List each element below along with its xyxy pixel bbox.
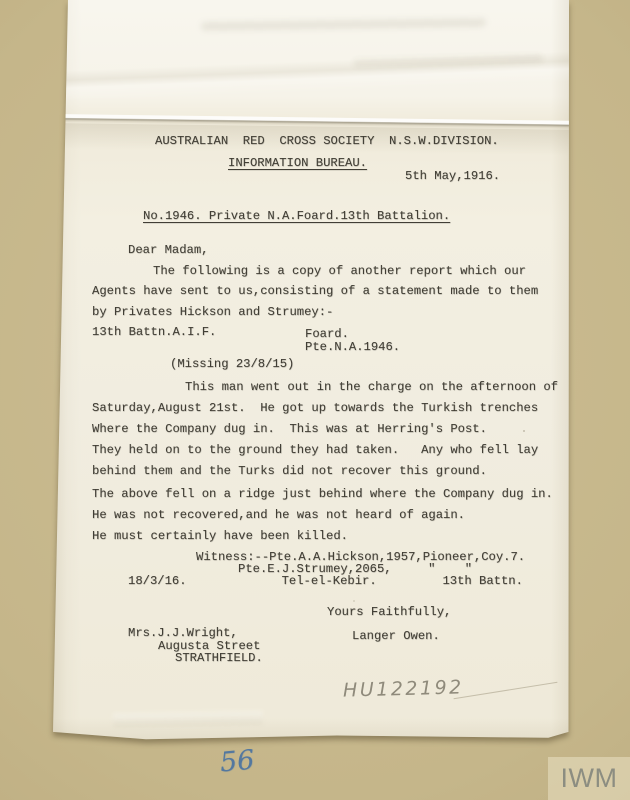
statement-line: Where the Company dug in. This was at He… <box>92 422 487 436</box>
handwritten-archive-reference: HU122192 <box>343 676 464 701</box>
letter-page: AUSTRALIAN RED CROSS SOCIETY N.S.W.DIVIS… <box>53 0 569 740</box>
iwm-watermark-text: IWM <box>561 763 618 794</box>
statement-line: He must certainly have been killed. <box>92 529 348 543</box>
intro-line: by Privates Hickson and Strumey:- <box>92 305 333 319</box>
paper-sheet: AUSTRALIAN RED CROSS SOCIETY N.S.W.DIVIS… <box>53 0 569 740</box>
intro-line: The following is a copy of another repor… <box>153 264 526 278</box>
statement-line: He was not recovered,and he was not hear… <box>92 508 465 522</box>
recipient-city: STRATHFIELD. <box>175 651 263 665</box>
dust-speck <box>523 430 525 432</box>
witness-line: 18/3/16. Tel-el-Kebir. 13th Battn. <box>128 574 523 588</box>
corner-crease <box>454 682 558 699</box>
iwm-watermark-box: IWM <box>548 757 630 800</box>
closing: Yours Faithfully, <box>327 605 451 619</box>
bureau-line: INFORMATION BUREAU. <box>228 156 367 170</box>
bottom-crease <box>113 711 263 728</box>
dust-speck <box>353 600 355 602</box>
letter-date: 5th May,1916. <box>405 169 500 183</box>
scanned-document-photo: { "document": { "org_line": "AUSTRALIAN … <box>0 0 630 800</box>
statement-line: This man went out in the charge on the a… <box>185 380 558 394</box>
salutation: Dear Madam, <box>128 243 208 257</box>
statement-line: They held on to the ground they had take… <box>92 443 538 457</box>
statement-line: The above fell on a ridge just behind wh… <box>92 487 553 501</box>
missing-note: (Missing 23/8/15) <box>170 357 294 371</box>
soldier-reference: Pte.N.A.1946. <box>305 340 400 354</box>
signature: Langer Owen. <box>352 629 440 643</box>
intro-line: Agents have sent to us,consisting of a s… <box>92 284 538 298</box>
ghost-ink-offset <box>201 18 486 31</box>
recipient-name: Mrs.J.J.Wright, <box>128 626 238 640</box>
statement-line: Saturday,August 21st. He got up towards … <box>92 401 538 415</box>
unit-reference: 13th Battn.A.I.F. <box>92 325 216 339</box>
case-heading: No.1946. Private N.A.Foard.13th Battalio… <box>143 209 450 223</box>
handwritten-page-number: 56 <box>219 745 256 779</box>
org-name-line: AUSTRALIAN RED CROSS SOCIETY N.S.W.DIVIS… <box>155 134 499 148</box>
paper-wrinkle <box>52 38 569 102</box>
soldier-name: Foard. <box>305 327 349 341</box>
statement-line: behind them and the Turks did not recove… <box>92 464 487 478</box>
